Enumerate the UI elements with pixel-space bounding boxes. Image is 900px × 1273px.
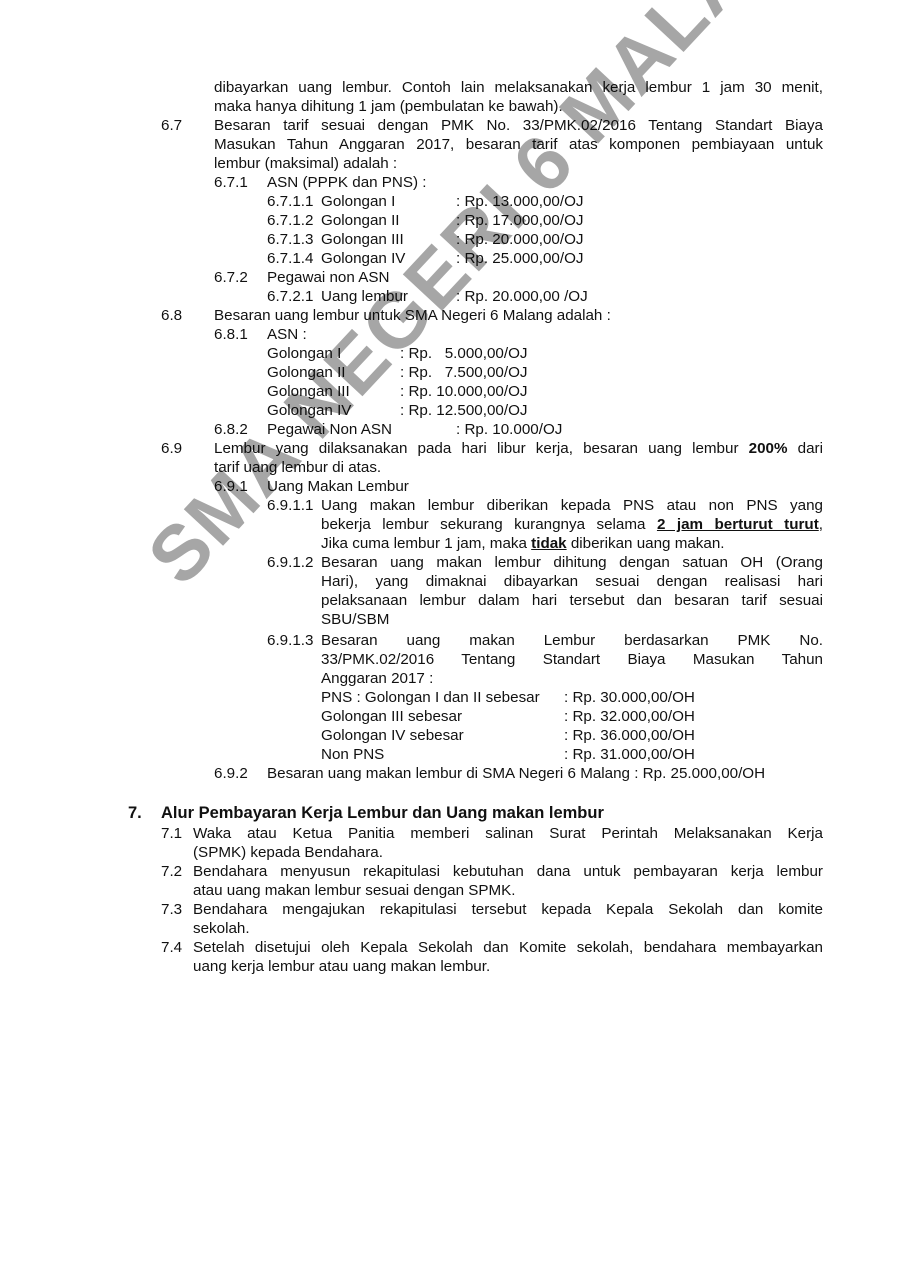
item-6-9-1-2-number: 6.9.1.2 <box>267 553 313 572</box>
rate-num: 6.7.1.2 <box>267 211 313 230</box>
section-6-7-2-label: Pegawai non ASN <box>267 268 389 287</box>
item-6-9-1-1-line-2: bekerja lembur sekurang kurangnya selama… <box>321 515 823 534</box>
section-7-number: 7. <box>128 803 142 824</box>
rate-label: Golongan III <box>267 382 350 401</box>
rate-value: : Rp. 7.500,00/OJ <box>400 363 527 382</box>
rate-value: : Rp. 25.000,00/OJ <box>456 249 584 268</box>
meal-rate-value: : Rp. 30.000,00/OH <box>564 688 695 707</box>
rate-label: Golongan III <box>321 230 404 249</box>
rate-label: Golongan I <box>267 344 341 363</box>
intro-line-1: dibayarkan uang lembur. Contoh lain mela… <box>214 78 823 97</box>
meal-rate-label: Golongan IV sebesar <box>321 726 464 745</box>
rate-value: : Rp. 13.000,00/OJ <box>456 192 584 211</box>
section-6-7-2-number: 6.7.2 <box>214 268 248 287</box>
text-run: bekerja lembur sekurang kurangnya selama <box>321 516 657 533</box>
item-6-9-1-2-line-1: Besaran uang makan lembur dihitung denga… <box>321 553 823 572</box>
section-6-7-line-3: lembur (maksimal) adalah : <box>214 154 397 173</box>
step-7-2-line-2: atau uang makan lembur sesuai dengan SPM… <box>193 881 516 900</box>
section-6-9-number: 6.9 <box>161 439 182 458</box>
intro-text-1: dibayarkan uang lembur. Contoh lain mela… <box>214 78 823 97</box>
meal-rate-value: : Rp. 36.000,00/OH <box>564 726 695 745</box>
rate-value: : Rp. 20.000,00/OJ <box>456 230 584 249</box>
bold-underline-text: 2 jam berturut turut <box>657 516 819 533</box>
item-6-9-1-1-number: 6.9.1.1 <box>267 496 313 515</box>
step-7-1-line-1: Waka atau Ketua Panitia memberi salinan … <box>193 824 823 843</box>
rate-label: Golongan II <box>321 211 400 230</box>
step-7-3-line-1: Bendahara mengajukan rekapitulasi terseb… <box>193 900 823 919</box>
step-7-1-number: 7.1 <box>161 824 182 843</box>
item-6-9-1-1-line-1: Uang makan lembur diberikan kepada PNS a… <box>321 496 823 515</box>
section-6-8-2-number: 6.8.2 <box>214 420 248 439</box>
step-7-3-number: 7.3 <box>161 900 182 919</box>
rate-value: : Rp. 12.500,00/OJ <box>400 401 528 420</box>
step-7-1-line-2: (SPMK) kepada Bendahara. <box>193 843 383 862</box>
rate-label: Uang lembur <box>321 287 408 306</box>
section-6-8-1-number: 6.8.1 <box>214 325 248 344</box>
rate-value: : Rp. 10.000,00/OJ <box>400 382 528 401</box>
section-6-7-line-2: Masukan Tahun Anggaran 2017, besaran tar… <box>214 135 823 154</box>
section-6-7-line-1: Besaran tarif sesuai dengan PMK No. 33/P… <box>214 116 823 135</box>
item-6-9-1-1-line-3: Jika cuma lembur 1 jam, maka tidak diber… <box>321 534 725 553</box>
step-7-4-line-2: uang kerja lembur atau uang makan lembur… <box>193 957 490 976</box>
section-6-7-number: 6.7 <box>161 116 182 135</box>
section-6-9-line-2: tarif uang lembur di atas. <box>214 458 381 477</box>
rate-value: : Rp. 17.000,00/OJ <box>456 211 584 230</box>
item-6-9-1-3-line-2: 33/PMK.02/2016 Tentang Standart Biaya Ma… <box>321 650 823 669</box>
meal-rate-label: Non PNS <box>321 745 384 764</box>
text-run: Lembur yang dilaksanakan pada hari libur… <box>214 440 749 457</box>
section-6-9-line-1: Lembur yang dilaksanakan pada hari libur… <box>214 439 823 458</box>
meal-rate-value: : Rp. 32.000,00/OH <box>564 707 695 726</box>
step-7-2-number: 7.2 <box>161 862 182 881</box>
item-6-9-1-2-line-2: Hari), yang dimaknai dibayarkan sesuai d… <box>321 572 823 591</box>
step-7-2-line-1: Bendahara menyusun rekapitulasi kebutuha… <box>193 862 823 881</box>
meal-rate-label: Golongan III sebesar <box>321 707 462 726</box>
item-6-9-1-3-number: 6.9.1.3 <box>267 631 313 650</box>
section-6-8-2-label: Pegawai Non ASN <box>267 420 392 439</box>
section-6-8-2-value: : Rp. 10.000/OJ <box>456 420 562 439</box>
rate-value: : Rp. 20.000,00 /OJ <box>456 287 588 306</box>
rate-value: : Rp. 5.000,00/OJ <box>400 344 527 363</box>
bold-underline-text: tidak <box>531 535 566 552</box>
rate-label: Golongan II <box>267 363 346 382</box>
text-run: Jika cuma lembur 1 jam, maka <box>321 535 531 552</box>
document-page: dibayarkan uang lembur. Contoh lain mela… <box>0 0 900 1273</box>
rate-num: 6.7.1.4 <box>267 249 313 268</box>
section-6-7-1-number: 6.7.1 <box>214 173 248 192</box>
rate-num: 6.7.1.1 <box>267 192 313 211</box>
section-6-8-text: Besaran uang lembur untuk SMA Negeri 6 M… <box>214 306 611 325</box>
intro-line-2: maka hanya dihitung 1 jam (pembulatan ke… <box>214 97 563 116</box>
rate-num: 6.7.1.3 <box>267 230 313 249</box>
section-7-title: Alur Pembayaran Kerja Lembur dan Uang ma… <box>161 803 604 824</box>
text-run: dari <box>788 440 823 457</box>
rate-label: Golongan IV <box>267 401 351 420</box>
item-6-9-1-3-line-1: Besaran uang makan Lembur berdasarkan PM… <box>321 631 823 650</box>
section-6-7-1-label: ASN (PPPK dan PNS) : <box>267 173 427 192</box>
meal-rate-value: : Rp. 31.000,00/OH <box>564 745 695 764</box>
section-6-9-2-number: 6.9.2 <box>214 764 248 783</box>
item-6-9-1-2-line-4: SBU/SBM <box>321 610 389 629</box>
rate-num: 6.7.2.1 <box>267 287 313 306</box>
section-6-8-number: 6.8 <box>161 306 182 325</box>
rate-label: Golongan IV <box>321 249 405 268</box>
item-6-9-1-2-line-3: pelaksanaan lembur dalam hari tersebut d… <box>321 591 823 610</box>
step-7-4-line-1: Setelah disetujui oleh Kepala Sekolah da… <box>193 938 823 957</box>
section-6-9-2-text: Besaran uang makan lembur di SMA Negeri … <box>267 764 765 783</box>
step-7-4-number: 7.4 <box>161 938 182 957</box>
section-6-9-1-number: 6.9.1 <box>214 477 248 496</box>
step-7-3-line-2: sekolah. <box>193 919 250 938</box>
text-run: diberikan uang makan. <box>567 535 725 552</box>
rate-label: Golongan I <box>321 192 395 211</box>
section-6-8-1-label: ASN : <box>267 325 307 344</box>
item-6-9-1-3-line-3: Anggaran 2017 : <box>321 669 433 688</box>
text-run: , <box>819 516 823 533</box>
bold-percent: 200% <box>749 440 788 457</box>
meal-rate-label: PNS : Golongan I dan II sebesar <box>321 688 540 707</box>
section-6-9-1-label: Uang Makan Lembur <box>267 477 409 496</box>
